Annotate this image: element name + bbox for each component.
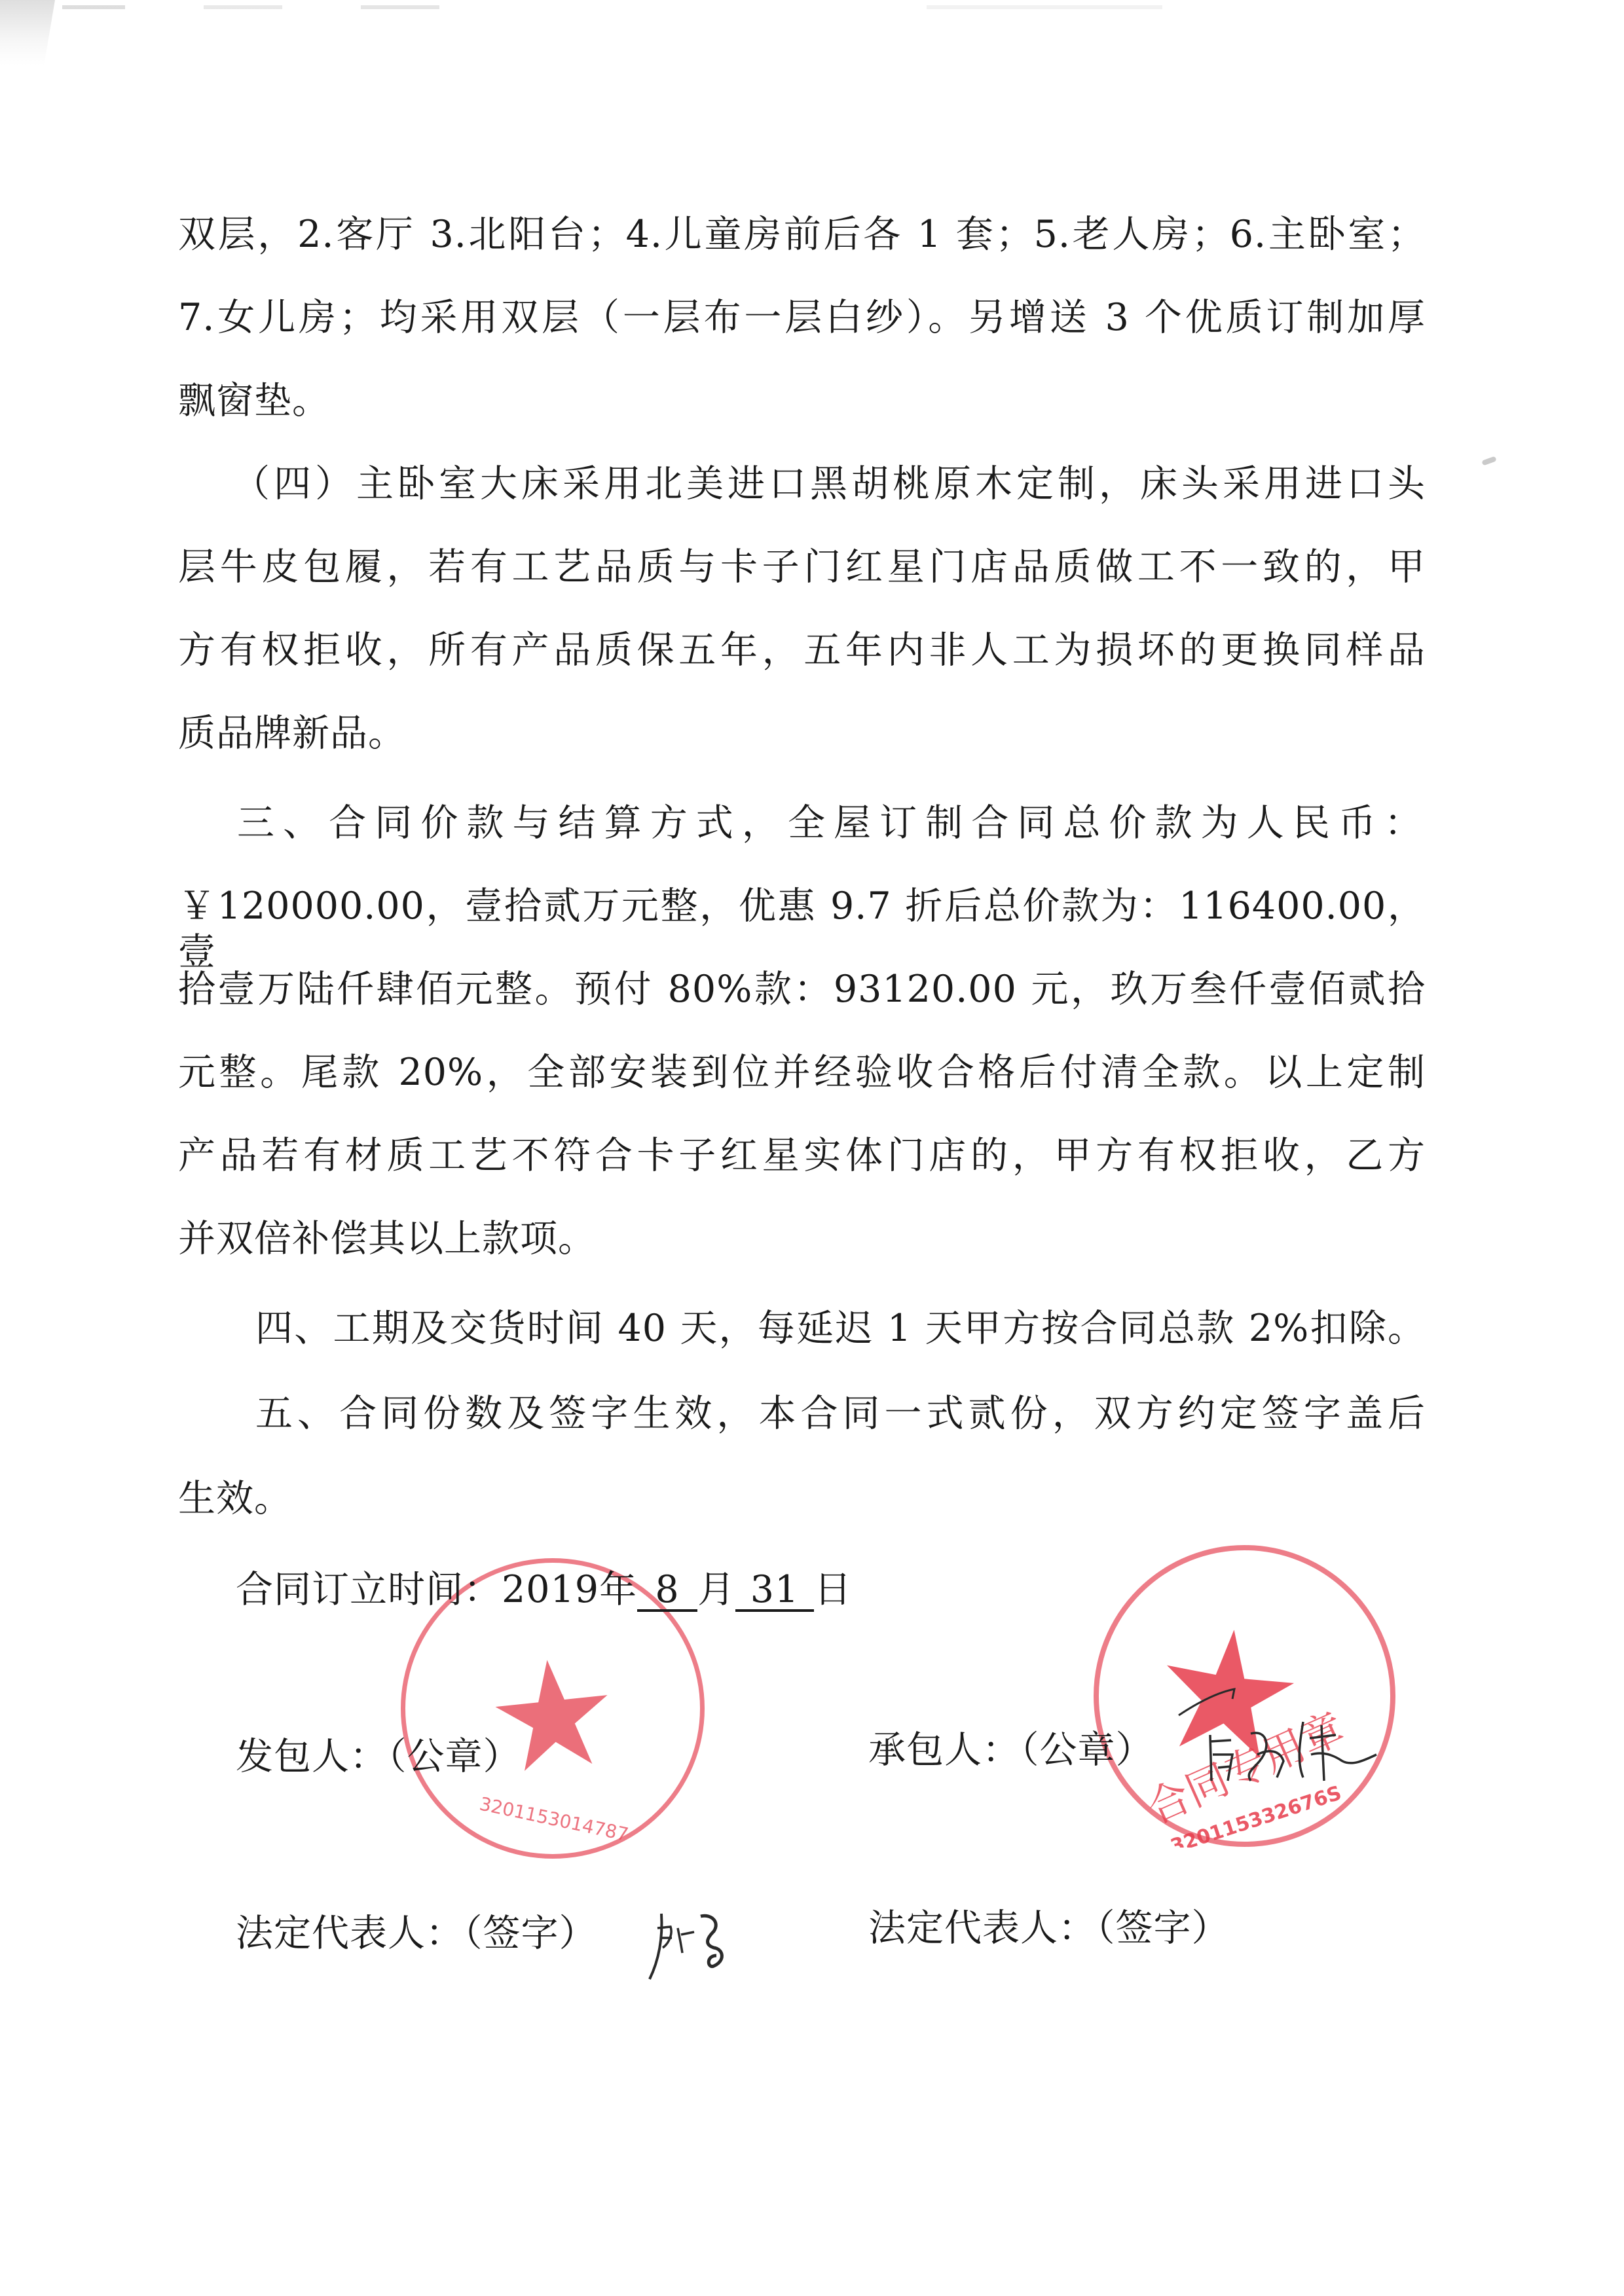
text-line: 元整。尾款 20%，全部安装到位并经验收合格后付清全款。以上定制 bbox=[178, 1049, 1426, 1095]
text-line: 五、合同份数及签字生效，本合同一式贰份，双方约定签字盖后 bbox=[255, 1391, 1426, 1436]
text-line: 生效。 bbox=[178, 1476, 1426, 1522]
month-unit: 月 bbox=[697, 1568, 735, 1611]
text-line: 双层，2.客厅 3.北阳台；4.儿童房前后各 1 套；5.老人房；6.主卧室； bbox=[178, 211, 1426, 257]
scan-top-edge bbox=[62, 5, 1624, 9]
party-a-seal-label: 发包人：（公章） bbox=[236, 1734, 629, 1779]
contract-date: 合同订立时间：2019年8月31日 bbox=[236, 1567, 1153, 1613]
text-line: 四、工期及交货时间 40 天，每延迟 1 天甲方按合同总款 2%扣除。 bbox=[255, 1305, 1426, 1351]
party-b-rep-label: 法定代表人：（签字） bbox=[868, 1905, 1287, 1951]
svg-text:3201153014787: 3201153014787 bbox=[477, 1793, 630, 1845]
text-line: 方有权拒收，所有产品质保五年，五年内非人工为损坏的更换同样品 bbox=[178, 627, 1426, 673]
scan-speck bbox=[1481, 456, 1496, 465]
text-line: 质品牌新品。 bbox=[178, 710, 1426, 756]
text-line: （四）主卧室大床采用北美进口黑胡桃原木定制，床头采用进口头 bbox=[232, 461, 1426, 507]
contract-date-month: 8 bbox=[637, 1570, 697, 1612]
text-line: 飘窗垫。 bbox=[178, 378, 1426, 424]
contract-date-label: 合同订立时间： bbox=[236, 1568, 502, 1611]
party-b-signature bbox=[1172, 1656, 1388, 1794]
year-unit: 年 bbox=[599, 1568, 637, 1611]
svg-text:南京君璞家居有限公司: 南京君璞家居有限公司 bbox=[1094, 1546, 1116, 1556]
party-a-rep-label: 法定代表人：（签字） bbox=[236, 1910, 655, 1956]
text-line: 产品若有材质工艺不符合卡子红星实体门店的，甲方有权拒收，乙方 bbox=[178, 1133, 1426, 1178]
text-line: 拾壹万陆仟肆佰元整。预付 80%款：93120.00 元，玖万叁仟壹佰贰拾 bbox=[178, 966, 1426, 1012]
text-line: 三、合同价款与结算方式，全屋订制合同总价款为人民币： bbox=[237, 800, 1426, 846]
party-a-signature bbox=[648, 1908, 733, 1984]
text-line: 7.女儿房；均采用双层（一层布一层白纱）。另增送 3 个优质订制加厚 bbox=[178, 295, 1426, 340]
text-line: ￥120000.00，壹拾贰万元整，优惠 9.7 折后总价款为：116400.0… bbox=[178, 883, 1426, 975]
day-unit: 日 bbox=[814, 1568, 852, 1611]
text-line: 并双倍补偿其以上款项。 bbox=[178, 1216, 1426, 1262]
text-line: 层牛皮包履，若有工艺品质与卡子门红星门店品质做工不一致的，甲 bbox=[178, 544, 1426, 590]
scan-edge-shadow bbox=[0, 0, 55, 65]
contract-date-year: 2019 bbox=[502, 1568, 599, 1611]
contract-date-day: 31 bbox=[735, 1570, 814, 1612]
